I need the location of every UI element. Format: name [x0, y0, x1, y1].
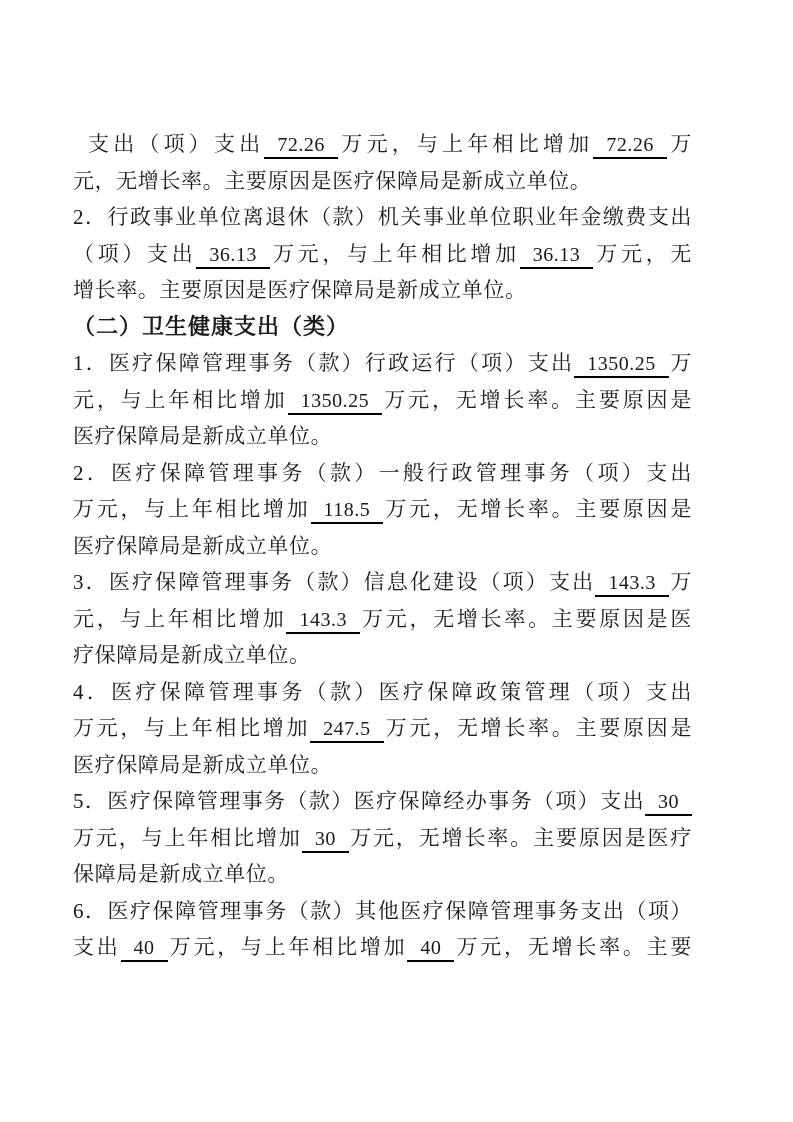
- text-line: 万元，与上年相比增加118.5万元，无增长率。主要原因是: [73, 491, 692, 528]
- text-line: 6．医疗保障管理事务（款）其他医疗保障管理事务支出（项）: [73, 893, 692, 930]
- text-line: 1．医疗保障管理事务（款）行政运行（项）支出1350.25万: [73, 345, 692, 382]
- text-run: 元，无增长率。主要原因是医疗保障局是新成立单位。: [73, 169, 591, 193]
- text-run: 6．医疗保障管理事务（款）其他医疗保障管理事务支出（项）: [73, 899, 692, 923]
- text-line: 4．医疗保障管理事务（款）医疗保障政策管理（项）支出247.5: [73, 674, 692, 711]
- text-line: 支出40万元，与上年相比增加40万元，无增长率。主要: [73, 929, 692, 966]
- text-run: 万元，与上年相比增加: [270, 242, 520, 266]
- heading-health-expenditure: （二）卫生健康支出（类）: [73, 309, 692, 346]
- text-run: 万: [669, 570, 692, 594]
- underlined-amount: 72.26: [264, 133, 338, 159]
- para-pension-item-continued: 支出（项）支出72.26万元，与上年相比增加72.26万元，无增长率。主要原因是…: [73, 126, 692, 199]
- text-line: 3．医疗保障管理事务（款）信息化建设（项）支出143.3万: [73, 564, 692, 601]
- text-line: 万元，与上年相比增加247.5万元，无增长率。主要原因是: [73, 710, 692, 747]
- text-run: 2．医疗保障管理事务（款）一般行政管理事务（项）支出: [73, 461, 692, 485]
- text-run: 万元，与上年相比增加: [168, 935, 408, 959]
- text-line: 医疗保障局是新成立单位。: [73, 747, 692, 784]
- text-run: 万元，无增长率。主要原因是: [383, 497, 692, 521]
- underlined-amount: 40: [121, 936, 168, 962]
- text-run: 万元，与上年相比增加: [73, 716, 310, 740]
- para-health-item-5: 5．医疗保障管理事务（款）医疗保障经办事务（项）支出30万元，与上年相比增加30…: [73, 783, 692, 893]
- para-pension-item-2: 2．行政事业单位离退休（款）机关事业单位职业年金缴费支出（项）支出36.13万元…: [73, 199, 692, 309]
- text-line: 元，与上年相比增加143.3万元，无增长率。主要原因是医: [73, 601, 692, 638]
- underlined-amount: 36.13: [196, 243, 270, 269]
- doc-body: 支出（项）支出72.26万元，与上年相比增加72.26万元，无增长率。主要原因是…: [73, 126, 692, 966]
- text-run: 1．医疗保障管理事务（款）行政运行（项）支出: [73, 351, 574, 375]
- underlined-amount: 1350.25: [288, 389, 383, 415]
- text-run: 4．医疗保障管理事务（款）医疗保障政策管理（项）支出: [73, 680, 692, 704]
- text-run: 2．行政事业单位离退休（款）机关事业单位职业年金缴费支出: [73, 205, 692, 229]
- text-run: 万元，无增长率。主要原因是医疗: [349, 826, 692, 850]
- text-line: 元，与上年相比增加1350.25万元，无增长率。主要原因是: [73, 382, 692, 419]
- para-health-item-1: 1．医疗保障管理事务（款）行政运行（项）支出1350.25万元，与上年相比增加1…: [73, 345, 692, 455]
- text-run: 万: [669, 351, 692, 375]
- text-run: 万元，无: [593, 242, 692, 266]
- text-run: 5．医疗保障管理事务（款）医疗保障经办事务（项）支出: [73, 789, 645, 813]
- text-line: 万元，与上年相比增加30万元，无增长率。主要原因是医疗: [73, 820, 692, 857]
- para-health-item-3: 3．医疗保障管理事务（款）信息化建设（项）支出143.3万元，与上年相比增加14…: [73, 564, 692, 674]
- text-run: 元，与上年相比增加: [73, 607, 286, 631]
- text-line: 增长率。主要原因是医疗保障局是新成立单位。: [73, 272, 692, 309]
- underlined-amount: 118.5: [311, 498, 384, 524]
- text-run: （项）支出: [73, 242, 196, 266]
- text-line: 5．医疗保障管理事务（款）医疗保障经办事务（项）支出30: [73, 783, 692, 820]
- underlined-amount: 36.13: [520, 243, 594, 269]
- text-run: 3．医疗保障管理事务（款）信息化建设（项）支出: [73, 570, 595, 594]
- text-line: 2．医疗保障管理事务（款）一般行政管理事务（项）支出118.5: [73, 455, 692, 492]
- underlined-amount: 247.5: [310, 717, 384, 743]
- text-line: 支出（项）支出72.26万元，与上年相比增加72.26万: [73, 126, 692, 163]
- underlined-amount: 30: [645, 790, 692, 816]
- text-line: （二）卫生健康支出（类）: [73, 309, 692, 346]
- text-run: （二）卫生健康支出（类）: [73, 314, 349, 339]
- underlined-amount: 40: [407, 936, 454, 962]
- underlined-amount: 143.3: [595, 571, 669, 597]
- text-run: 增长率。主要原因是医疗保障局是新成立单位。: [73, 278, 527, 302]
- text-line: （项）支出36.13万元，与上年相比增加36.13万元，无: [73, 236, 692, 273]
- text-run: 万: [667, 132, 692, 156]
- text-run: 万元，无增长率。主要原因是医: [360, 607, 692, 631]
- text-run: 支出: [73, 935, 121, 959]
- text-line: 保障局是新成立单位。: [73, 856, 692, 893]
- para-health-item-6: 6．医疗保障管理事务（款）其他医疗保障管理事务支出（项）支出40万元，与上年相比…: [73, 893, 692, 966]
- text-run: 疗保障局是新成立单位。: [73, 643, 311, 667]
- text-run: 万元，无增长率。主要原因是: [384, 716, 692, 740]
- text-run: 医疗保障局是新成立单位。: [73, 534, 332, 558]
- underlined-amount: 30: [302, 827, 349, 853]
- document-page: 支出（项）支出72.26万元，与上年相比增加72.26万元，无增长率。主要原因是…: [0, 0, 793, 1122]
- text-line: 元，无增长率。主要原因是医疗保障局是新成立单位。: [73, 163, 692, 200]
- text-line: 疗保障局是新成立单位。: [73, 637, 692, 674]
- text-run: 医疗保障局是新成立单位。: [73, 424, 332, 448]
- para-health-item-4: 4．医疗保障管理事务（款）医疗保障政策管理（项）支出247.5万元，与上年相比增…: [73, 674, 692, 784]
- text-line: 医疗保障局是新成立单位。: [73, 528, 692, 565]
- text-run: 万元，与上年相比增加: [338, 132, 593, 156]
- para-health-item-2: 2．医疗保障管理事务（款）一般行政管理事务（项）支出118.5万元，与上年相比增…: [73, 455, 692, 565]
- underlined-amount: 1350.25: [574, 352, 669, 378]
- text-run: 万元，与上年相比增加: [73, 826, 302, 850]
- text-line: 2．行政事业单位离退休（款）机关事业单位职业年金缴费支出: [73, 199, 692, 236]
- text-run: 保障局是新成立单位。: [73, 862, 289, 886]
- text-run: 支出（项）支出: [88, 132, 264, 156]
- text-line: 医疗保障局是新成立单位。: [73, 418, 692, 455]
- text-run: 万元，无增长率。主要: [454, 935, 692, 959]
- underlined-amount: 143.3: [286, 608, 360, 634]
- underlined-amount: 72.26: [593, 133, 667, 159]
- text-run: 万元，无增长率。主要原因是: [382, 388, 692, 412]
- text-run: 医疗保障局是新成立单位。: [73, 753, 332, 777]
- text-run: 元，与上年相比增加: [73, 388, 288, 412]
- text-run: 万元，与上年相比增加: [73, 497, 311, 521]
